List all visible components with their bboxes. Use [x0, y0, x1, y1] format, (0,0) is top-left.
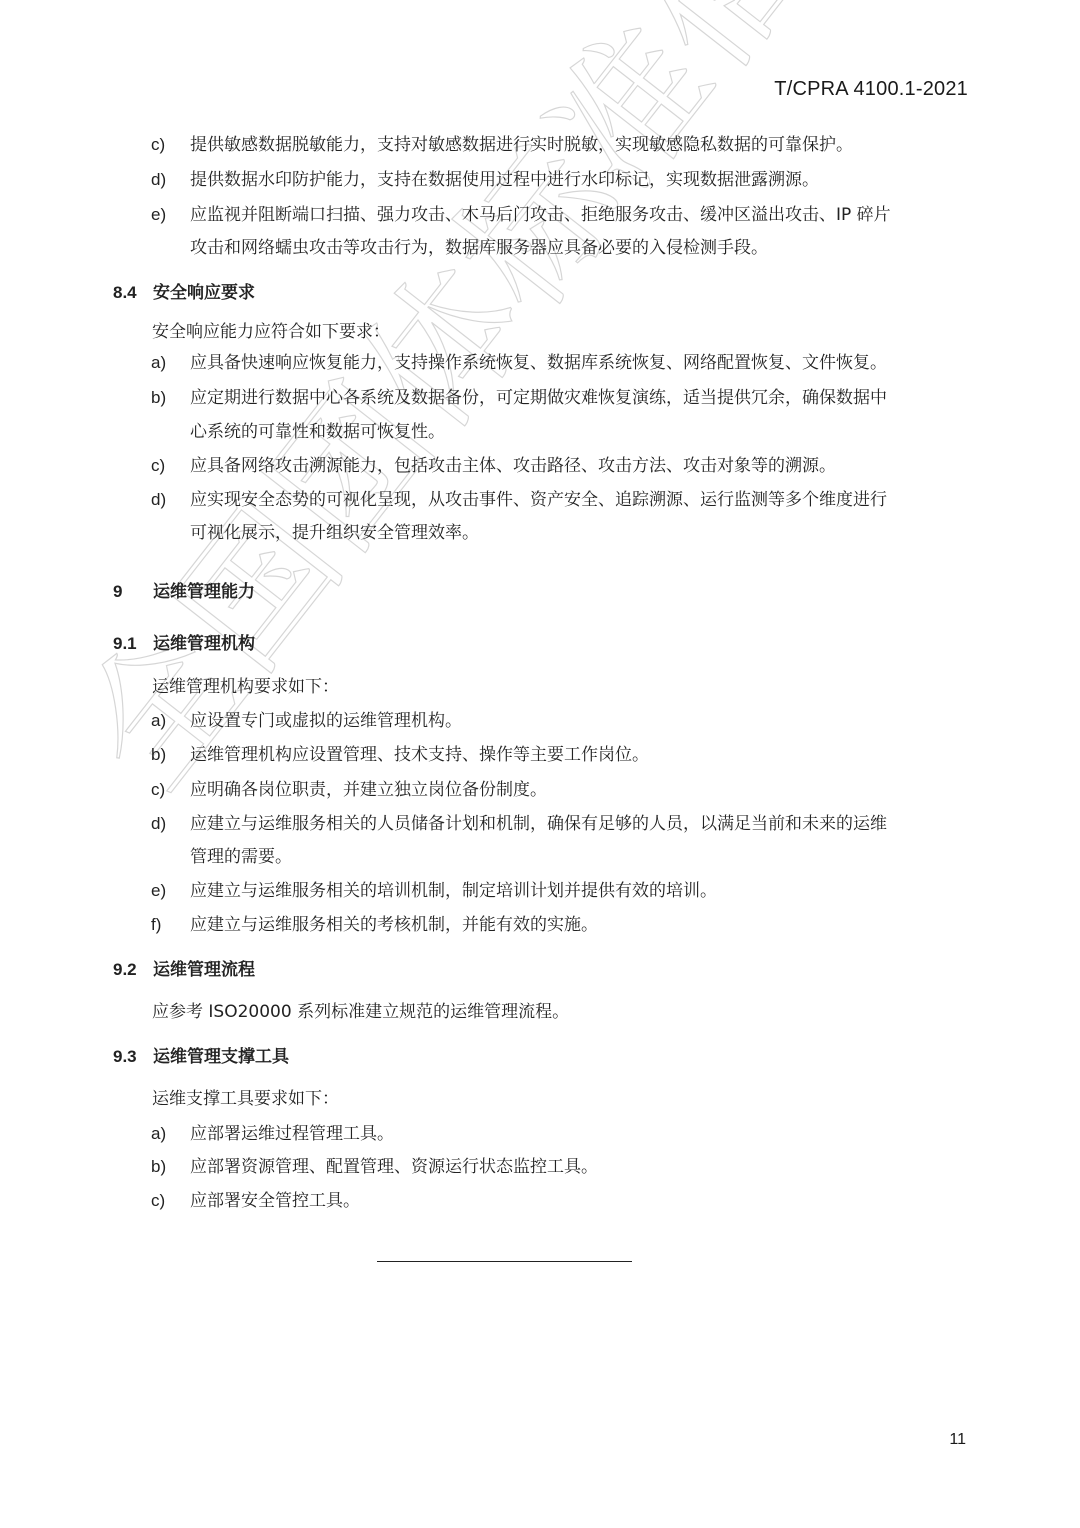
list-item-text: 攻击和网络蠕虫攻击等攻击行为，数据库服务器应具备必要的入侵检测手段。 [190, 236, 768, 260]
list-item-label: e) [151, 879, 166, 903]
list-item-text: 应具备网络攻击溯源能力，包括攻击主体、攻击路径、攻击方法、攻击对象等的溯源。 [190, 454, 836, 478]
list-item-label: c) [151, 133, 165, 157]
section-number: 9.3 [113, 1045, 137, 1069]
end-of-document-rule [377, 1261, 632, 1262]
list-item-text: 应建立与运维服务相关的考核机制，并能有效的实施。 [190, 913, 598, 937]
list-item-text: 应部署资源管理、配置管理、资源运行状态监控工具。 [190, 1155, 598, 1179]
list-item-text: 应具备快速响应恢复能力，支持操作系统恢复、数据库系统恢复、网络配置恢复、文件恢复… [190, 351, 887, 375]
section-number: 8.4 [113, 281, 137, 305]
section-heading-9: 9 运维管理能力 [113, 580, 122, 604]
section-number: 9.2 [113, 958, 137, 982]
list-item-text: 应部署运维过程管理工具。 [190, 1122, 394, 1146]
list-item-text: 应部署安全管控工具。 [190, 1189, 360, 1213]
section-heading-9-3: 9.3 运维管理支撑工具 [113, 1045, 137, 1069]
page-number: 11 [949, 1431, 966, 1449]
list-item-text: 应建立与运维服务相关的培训机制，制定培训计划并提供有效的培训。 [190, 879, 717, 903]
list-item-text: 应明确各岗位职责，并建立独立岗位备份制度。 [190, 778, 547, 802]
list-item-label: b) [151, 743, 166, 767]
intro-text: 运维支撑工具要求如下： [152, 1087, 339, 1111]
section-title: 运维管理支撑工具 [153, 1045, 289, 1069]
section-heading-9-1: 9.1 运维管理机构 [113, 632, 137, 656]
list-item-text: 应建立与运维服务相关的人员储备计划和机制，确保有足够的人员，以满足当前和未来的运… [190, 812, 887, 836]
list-item-text: 心系统的可靠性和数据可恢复性。 [190, 420, 445, 444]
list-item-text: 管理的需要。 [190, 845, 292, 869]
document-page: 全国团体标准信息平台 T/CPRA 4100.1-2021 c) 提供敏感数据脱… [0, 0, 1080, 1528]
list-item-label: f) [151, 913, 161, 937]
list-item-label: d) [151, 488, 166, 512]
section-title: 运维管理机构 [153, 632, 255, 656]
list-item-label: a) [151, 709, 166, 733]
list-item-label: e) [151, 203, 166, 227]
section-number: 9.1 [113, 632, 137, 656]
list-item-text: 提供数据水印防护能力，支持在数据使用过程中进行水印标记，实现数据泄露溯源。 [190, 168, 819, 192]
list-item-label: b) [151, 386, 166, 410]
intro-text: 安全响应能力应符合如下要求： [152, 320, 390, 344]
list-item-label: d) [151, 812, 166, 836]
list-item-text: 应定期进行数据中心各系统及数据备份，可定期做灾难恢复演练，适当提供冗余，确保数据… [190, 386, 887, 410]
list-item-text: 应设置专门或虚拟的运维管理机构。 [190, 709, 462, 733]
list-item-label: c) [151, 1189, 165, 1213]
section-title: 运维管理能力 [153, 580, 255, 604]
list-item-label: a) [151, 351, 166, 375]
section-title: 运维管理流程 [153, 958, 255, 982]
list-item-text: 提供敏感数据脱敏能力，支持对敏感数据进行实时脱敏，实现敏感隐私数据的可靠保护。 [190, 133, 853, 157]
list-item-text: 可视化展示，提升组织安全管理效率。 [190, 521, 479, 545]
list-item-label: b) [151, 1155, 166, 1179]
section-number: 9 [113, 580, 122, 604]
list-item-text: 应监视并阻断端口扫描、强力攻击、木马后门攻击、拒绝服务攻击、缓冲区溢出攻击、IP… [190, 203, 891, 227]
intro-text: 运维管理机构要求如下： [152, 675, 339, 699]
list-item-label: c) [151, 778, 165, 802]
list-item-label: c) [151, 454, 165, 478]
section-heading-8-4: 8.4 安全响应要求 [113, 281, 137, 305]
section-title: 安全响应要求 [153, 281, 255, 305]
body-text: 应参考 ISO20000 系列标准建立规范的运维管理流程。 [152, 1000, 569, 1024]
document-id: T/CPRA 4100.1-2021 [774, 78, 968, 101]
list-item-label: a) [151, 1122, 166, 1146]
list-item-text: 运维管理机构应设置管理、技术支持、操作等主要工作岗位。 [190, 743, 649, 767]
list-item-text: 应实现安全态势的可视化呈现，从攻击事件、资产安全、追踪溯源、运行监测等多个维度进… [190, 488, 887, 512]
list-item-label: d) [151, 168, 166, 192]
section-heading-9-2: 9.2 运维管理流程 [113, 958, 137, 982]
